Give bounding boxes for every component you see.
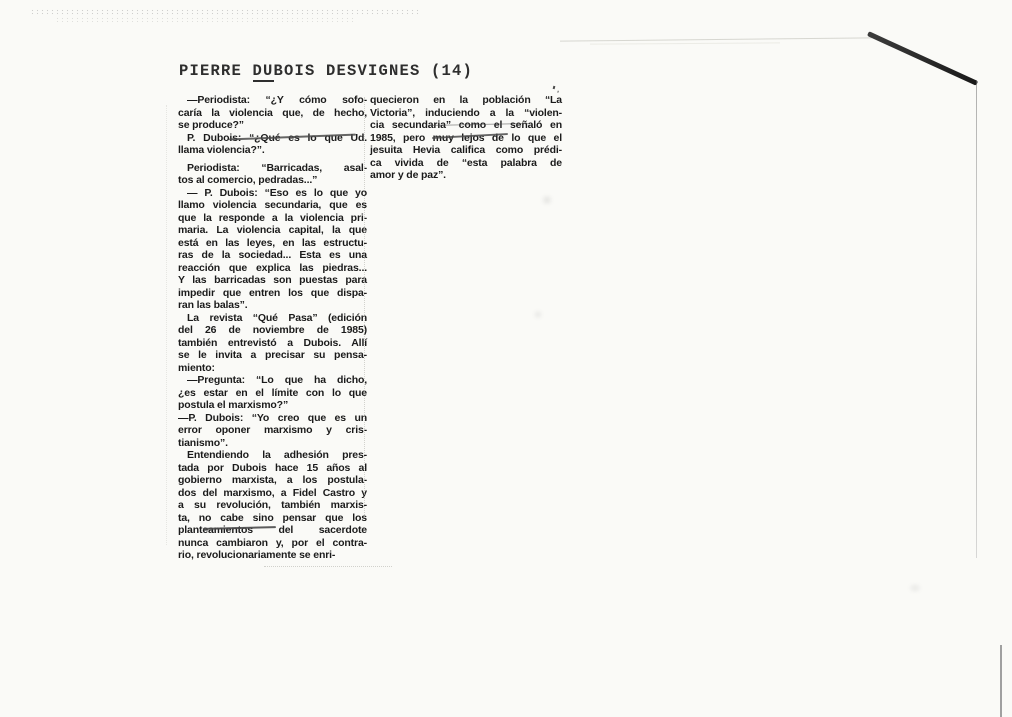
scanned-page: PIERRE DUBOIS DESVIGNES (14) —Periodista… [0,0,1012,717]
text-line: —P. Dubois: “Yo creo que es un [178,412,367,425]
scan-smudge [906,584,924,592]
text-line: quecieron en la población “La [370,94,562,107]
page-edge-line [976,80,977,558]
text-line: miento: [178,362,367,375]
text-line: rio, revolucionariamente se enri- [178,549,367,562]
title-part: BOIS DESVIGNES (14) [274,62,474,80]
text-line: jesuita Hevia califica como prédi- [370,144,562,157]
text-line: del 26 de noviembre de 1985) [178,324,367,337]
text-line: ras de la sociedad... Esta es una [178,249,367,262]
ink-speck [553,86,556,89]
text-line: llama violencia?”. [178,144,367,157]
speaker-label: — P. Dubois: [187,187,258,199]
text-line: tos al comercio, pedradas...” [178,174,367,187]
speaker-label: —Periodista: [187,94,250,106]
text-line: —Pregunta: “Lo que ha dicho, [178,374,367,387]
text-line: Victoria”, induciendo a la “violen- [370,107,562,120]
text-line: ¿es estar en el límite con lo que [178,387,367,400]
text-line: La revista “Qué Pasa” (edición [178,312,367,325]
clipping-bottom-edge [264,566,392,567]
text-line: ta, no cabe sino pensar que los [178,512,367,525]
text-line: está en las leyes, en las estructu- [178,237,367,250]
speaker-label: —Pregunta: [187,374,245,386]
clipping-left-edge [166,105,167,545]
column-divider [364,97,365,517]
text-line: a su revolución, también marxis- [178,499,367,512]
text-line: error oponer marxismo y cris- [178,424,367,437]
text-line: se le invita a precisar su pensa- [178,349,367,362]
text-line: tianismo”. [178,437,367,450]
paper-edge-line [590,42,780,44]
text-line: Y las barricadas son puestas para [178,274,367,287]
scan-smudge [540,195,554,205]
text-line: dos del marxismo, a Fidel Castro y [178,487,367,500]
text-line: nunca cambiaron y, por el contra- [178,537,367,550]
text-line: se produce?” [178,119,367,132]
title-part: PIERRE [179,62,253,80]
text-line: maria. La violencia capital, la que [178,224,367,237]
text-line: Entendiendo la adhesión pres- [178,449,367,462]
text-line: que la responde a la violencia pri- [178,212,367,225]
speaker-label: —P. Dubois: [178,412,243,424]
article-column-2: quecieron en la población “LaVictoria”, … [370,94,562,182]
scan-noise [55,17,355,22]
text-line: llamo violencia secundaria, que es [178,199,367,212]
text-line: —Periodista: “¿Y cómo sofo- [178,94,367,107]
title-part-underlined: DU [253,62,274,82]
corner-pen-mark [867,31,978,85]
text-line: 1985, pero muy lejos de lo que el [370,132,562,145]
text-line: Periodista: “Barricadas, asal- [178,162,367,175]
text-line: — P. Dubois: “Eso es lo que yo [178,187,367,200]
text-line: gobierno marxista, a los postula- [178,474,367,487]
text-line: amor y de paz”. [370,169,562,182]
text-line: impedir que entren los que dispa- [178,287,367,300]
speaker-label: Periodista: [187,162,240,174]
text-line: ran las balas”. [178,299,367,312]
scan-noise [30,9,420,15]
page-title: PIERRE DUBOIS DESVIGNES (14) [179,62,473,80]
text-line: ca vivida de “esta palabra de [370,157,562,170]
text-line: también entrevistó a Dubois. Allí [178,337,367,350]
text-line: reacción que explica las piedras... [178,262,367,275]
text-line: tada por Dubois hace 15 años al [178,462,367,475]
scan-smudge [532,310,544,319]
page-edge-line [1000,645,1002,717]
text-line: postula el marxismo?” [178,399,367,412]
paper-edge-line [560,37,872,41]
text-line: caría la violencia que, de hecho, [178,107,367,120]
article-column-1: —Periodista: “¿Y cómo sofo-caría la viol… [178,94,367,562]
